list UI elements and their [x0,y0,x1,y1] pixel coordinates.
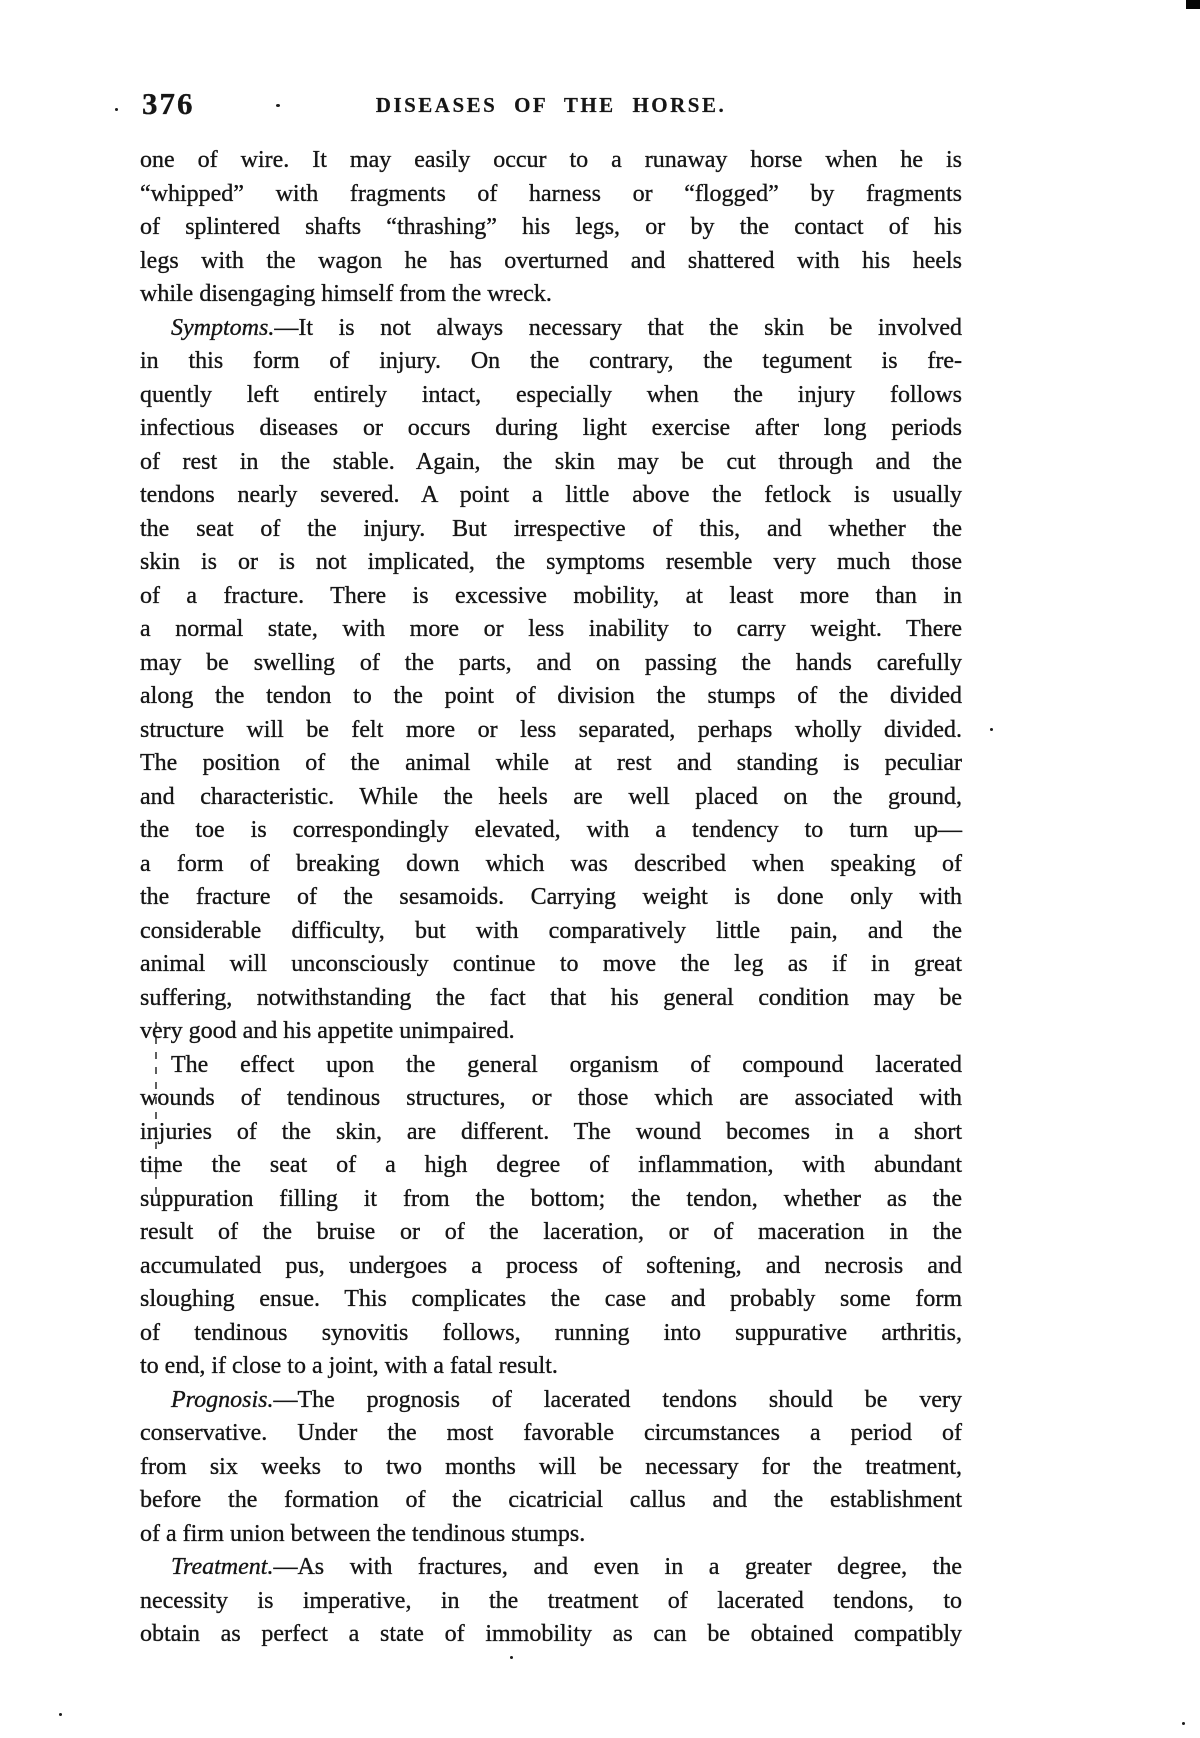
text-line: before the formation of the cicatricial … [140,1484,962,1518]
text-line: a normal state, with more or less inabil… [140,613,962,647]
text-line: very good and his appetite unimpaired. [140,1015,962,1049]
text-line: to end, if close to a joint, with a fata… [140,1350,962,1384]
text-line: “whipped” with fragments of harness or “… [140,178,962,212]
text-line: quently left entirely intact, especially… [140,379,962,413]
text-line: the fracture of the sesamoids. Carrying … [140,881,962,915]
text-line: tendons nearly severed. A point a little… [140,479,962,513]
text-line: while disengaging himself from the wreck… [140,278,962,312]
text-line: structure will be felt more or less sepa… [140,714,962,748]
paragraph-lead-italic: Treatment. [171,1554,273,1580]
text-line: necessity is imperative, in the treatmen… [140,1585,962,1619]
text-line: suppuration filling it from the bottom; … [140,1183,962,1217]
text-line: considerable difficulty, but with compar… [140,915,962,949]
text-line: of a firm union between the tendinous st… [140,1518,962,1552]
text-line: the toe is correspondingly elevated, wit… [140,814,962,848]
text-line: Symptoms.—It is not always necessary tha… [140,312,962,346]
scan-speck [276,104,280,107]
scan-speck [990,728,993,731]
text-line: sloughing ensue. This complicates the ca… [140,1283,962,1317]
text-line: result of the bruise or of the laceratio… [140,1216,962,1250]
text-line: of a fracture. There is excessive mobili… [140,580,962,614]
text-line: legs with the wagon he has overturned an… [140,245,962,279]
text-line: Treatment.—As with fractures, and even i… [140,1551,962,1585]
text-line: skin is or is not implicated, the sympto… [140,546,962,580]
text-line: along the tendon to the point of divisio… [140,680,962,714]
text-line: of rest in the stable. Again, the skin m… [140,446,962,480]
paragraph-lead-italic: Symptoms. [171,315,274,341]
scan-speck [510,1656,513,1659]
text-line: Prognosis.—The prognosis of lacerated te… [140,1384,962,1418]
scan-speck [115,108,118,111]
text-line: of splintered shafts “thrashing” his leg… [140,211,962,245]
text-line: time the seat of a high degree of inflam… [140,1149,962,1183]
text-line: The effect upon the general organism of … [140,1049,962,1083]
scan-speck [1182,1722,1185,1725]
text-line: in this form of injury. On the contrary,… [140,345,962,379]
text-line: suffering, notwithstanding the fact that… [140,982,962,1016]
text-line: one of wire. It may easily occur to a ru… [140,144,962,178]
text-line: injuries of the skin, are different. The… [140,1116,962,1150]
text-line: infectious diseases or occurs during lig… [140,412,962,446]
text-line: conservative. Under the most favorable c… [140,1417,962,1451]
running-title: DISEASES OF THE HORSE. [140,93,962,118]
text-line: animal will unconsciously continue to mo… [140,948,962,982]
scan-speck [59,1713,62,1716]
text-line: accumulated pus, undergoes a process of … [140,1250,962,1284]
text-line: and characteristic. While the heels are … [140,781,962,815]
text-line: wounds of tendinous structures, or those… [140,1082,962,1116]
text-line: a form of breaking down which was descri… [140,848,962,882]
paragraph-lead-italic: Prognosis. [171,1387,273,1413]
text-line: the seat of the injury. But irrespective… [140,513,962,547]
body-text: one of wire. It may easily occur to a ru… [140,144,962,1652]
text-line: obtain as perfect a state of immobility … [140,1618,962,1652]
page-header: 376 DISEASES OF THE HORSE. [140,86,962,122]
text-line: of tendinous synovitis follows, running … [140,1317,962,1351]
text-line: may be swelling of the parts, and on pas… [140,647,962,681]
text-line: The position of the animal while at rest… [140,747,962,781]
scan-corner-notch [1186,0,1200,9]
scan-fold-line [155,1022,157,1202]
text-line: from six weeks to two months will be nec… [140,1451,962,1485]
book-page: 376 DISEASES OF THE HORSE. one of wire. … [0,0,1200,1738]
